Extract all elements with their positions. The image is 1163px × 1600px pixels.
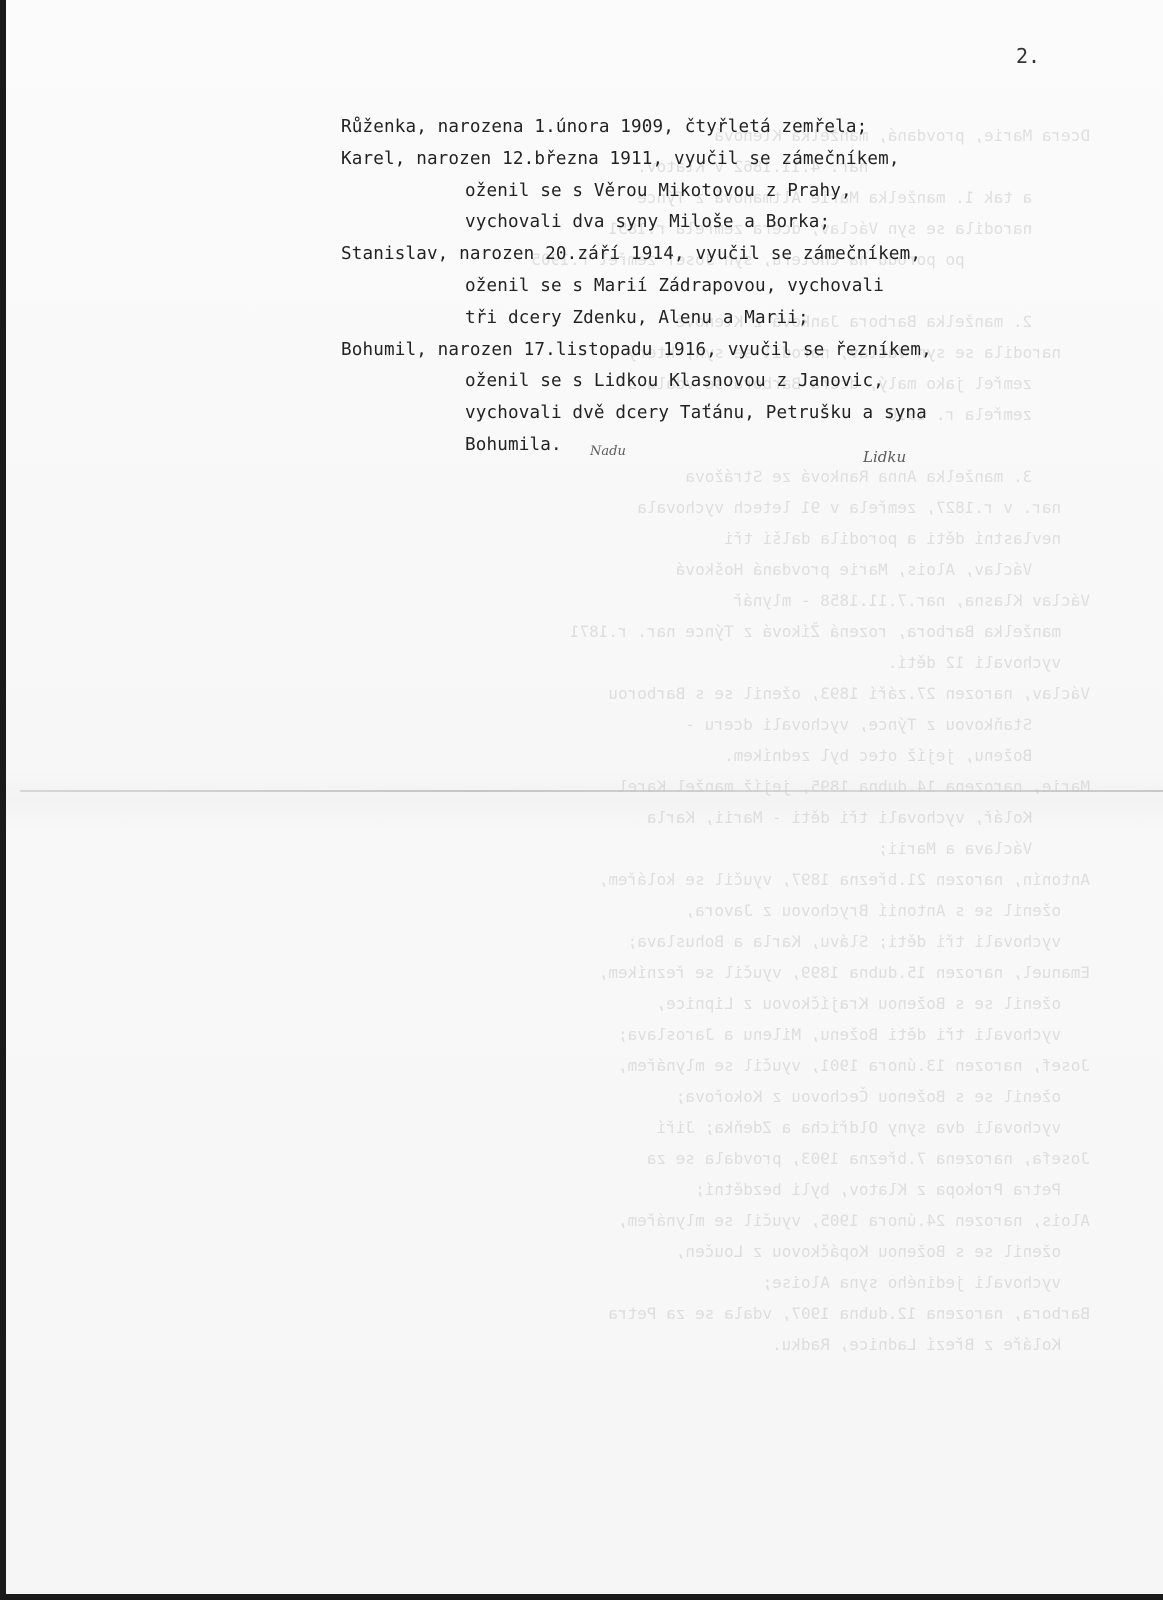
text-line: vychovali dvě dcery Taťánu, Petrušku a s…	[341, 398, 932, 430]
text-line: Růženka, narozena 1.února 1909, čtyřletá…	[341, 112, 932, 144]
handwritten-note-lidku: Lidku	[863, 448, 906, 466]
handwritten-note-nadu: Nadu	[590, 444, 626, 459]
text-line: tři dcery Zdenku, Alenu a Marii;	[341, 303, 932, 335]
text-line: Karel, narozen 12.března 1911, vyučil se…	[341, 144, 932, 176]
scanned-page: Dcera Marie, provdaná, manželka Klenová …	[0, 0, 1163, 1600]
scan-edge-bottom	[0, 1594, 1163, 1600]
text-line: oženil se s Věrou Mikotovou z Prahy,	[341, 176, 932, 208]
text-line: Bohumila.	[341, 430, 932, 462]
page-number: 2.	[1016, 44, 1040, 68]
typed-text-block: Růženka, narozena 1.února 1909, čtyřletá…	[341, 112, 932, 462]
text-line: Stanislav, narozen 20.září 1914, vyučil …	[341, 239, 932, 271]
scan-edge-left	[0, 0, 6, 1600]
text-line: Bohumil, narozen 17.listopadu 1916, vyuč…	[341, 335, 932, 367]
text-line: oženil se s Marií Zádrapovou, vychovali	[341, 271, 932, 303]
paper-fold-line	[20, 790, 1163, 792]
text-line: vychovali dva syny Miloše a Borka;	[341, 207, 932, 239]
text-line: oženil se s Lidkou Klasnovou z Janovic,	[341, 366, 932, 398]
